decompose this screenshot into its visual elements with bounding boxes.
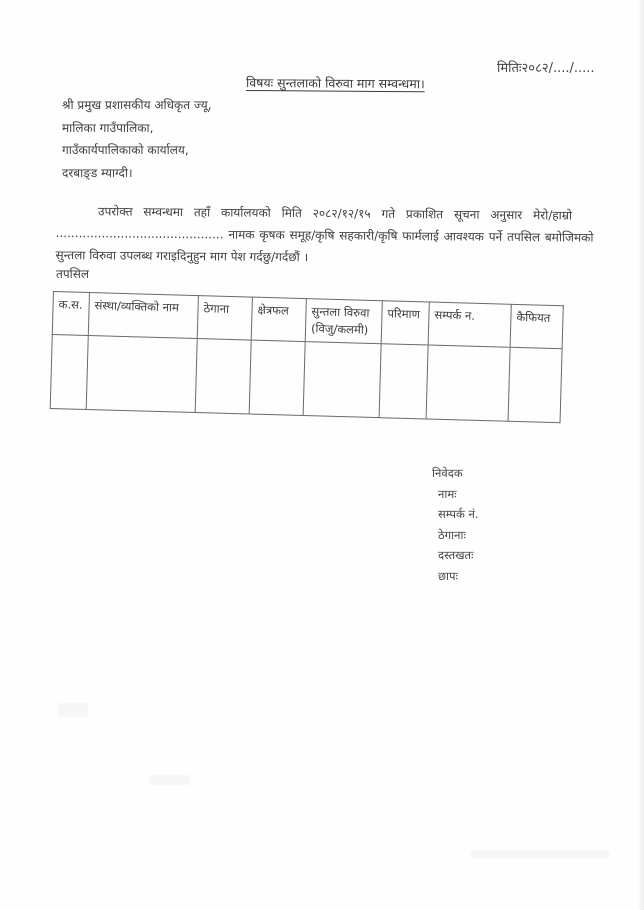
scan-smudge — [470, 850, 610, 858]
header-contact-no: सम्पर्क न. — [428, 302, 511, 347]
subject-line: विषयः सुन्तलाको विरुवा माग सम्वन्धमा। — [246, 74, 425, 92]
tapasil-label: तपसिल — [56, 265, 89, 282]
cell-address[interactable] — [195, 339, 251, 414]
header-remarks: कैफियत — [510, 304, 563, 348]
cell-quantity[interactable] — [379, 344, 428, 419]
header-serial-no: क.स. — [52, 292, 89, 336]
applicant-name-field[interactable]: नामः — [432, 484, 479, 505]
request-table-grid: क.स. संस्था/व्यक्तिको नाम ठेगाना क्षेत्र… — [50, 291, 564, 423]
applicant-contact-field[interactable]: सम्पर्क नं. — [432, 504, 479, 525]
address-line: श्री प्रमुख प्रशासकीय अधिकृत ज्यू, — [62, 94, 212, 117]
date-line: मितिः२०८२/..../..... — [497, 58, 595, 76]
scan-smudge — [150, 775, 190, 785]
address-line: गाउँकार्यपालिकाको कार्यालय, — [62, 139, 212, 162]
body-paragraph: उपरोक्त सम्वन्धमा तहाँ कार्यालयको मिति २… — [55, 200, 596, 271]
cell-sapling-type[interactable] — [303, 342, 381, 418]
header-address: ठेगाना — [197, 296, 252, 340]
table-row — [50, 334, 562, 422]
recipient-address: श्री प्रमुख प्रशासकीय अधिकृत ज्यू, मालिक… — [62, 94, 212, 184]
address-line: दरबाङ्ड म्याग्दी। — [62, 162, 212, 185]
cell-remarks[interactable] — [508, 347, 562, 422]
address-line: मालिका गाउँपालिका, — [62, 117, 212, 140]
cell-area[interactable] — [249, 340, 305, 415]
request-table: क.स. संस्था/व्यक्तिको नाम ठेगाना क्षेत्र… — [50, 291, 564, 423]
scan-smudge — [58, 703, 88, 717]
applicant-stamp-field[interactable]: छापः — [432, 566, 479, 587]
applicant-title: निवेदक — [432, 463, 479, 484]
applicant-address-field[interactable]: ठेगानाः — [432, 525, 479, 546]
applicant-signature-field[interactable]: दस्तखतः — [432, 545, 479, 566]
cell-name[interactable] — [86, 336, 197, 413]
cell-serial-no[interactable] — [50, 334, 88, 409]
page-edge — [638, 0, 644, 910]
header-sapling-type: सुन्तला विरुवा (विजु/कलमी) — [305, 299, 382, 344]
header-area: क्षेत्रफल — [251, 297, 306, 341]
cell-contact-no[interactable] — [426, 345, 510, 421]
header-name: संस्था/व्यक्तिको नाम — [88, 293, 198, 339]
applicant-signature-block: निवेदक नामः सम्पर्क नं. ठेगानाः दस्तखतः … — [432, 463, 479, 586]
header-quantity: परिमाण — [381, 301, 429, 345]
